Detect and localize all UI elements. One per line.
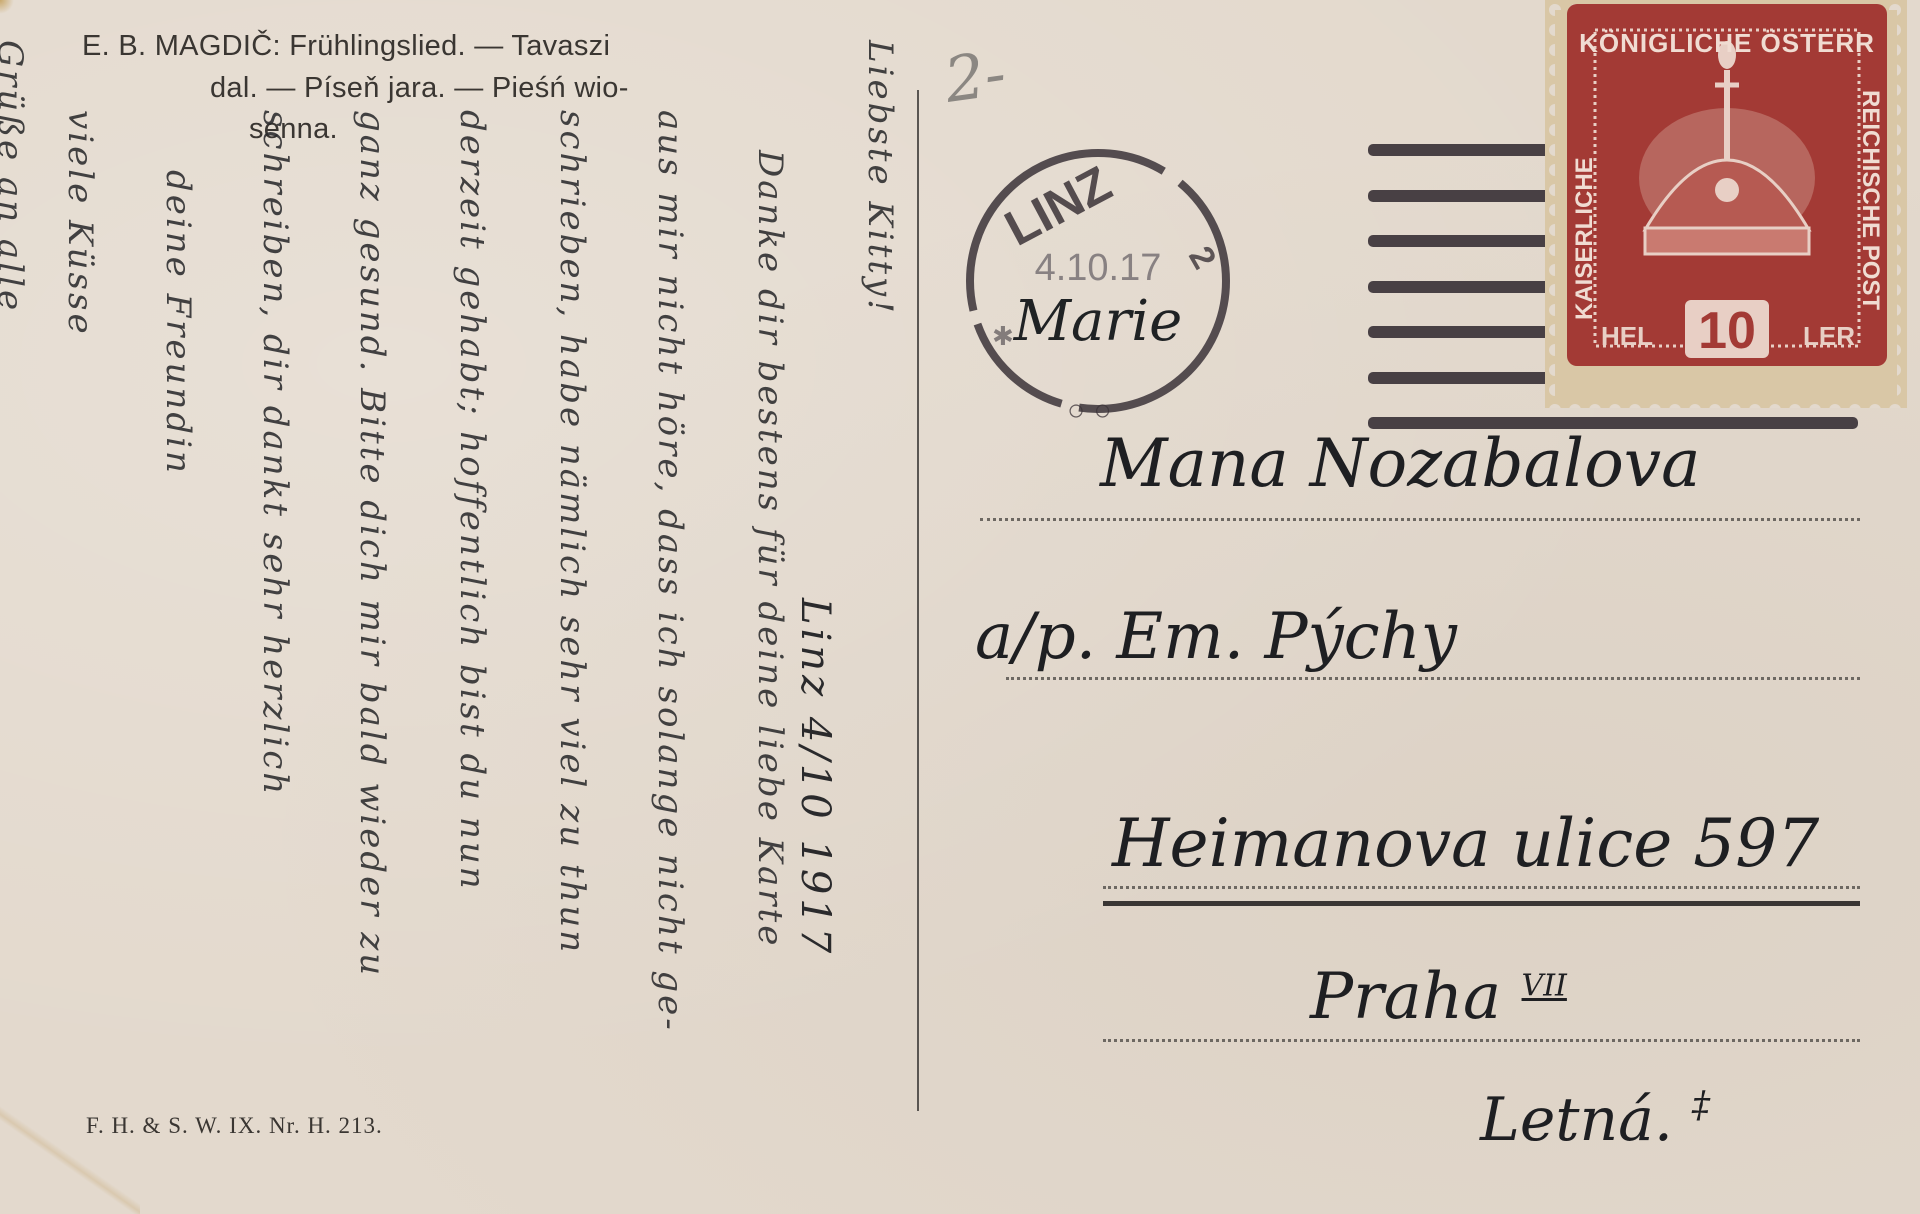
postmark-ring-icon: LINZ 2 4.10.17 ✱ ○ ○ Marie xyxy=(952,135,1244,427)
svg-text:○ ○: ○ ○ xyxy=(1067,394,1112,427)
postage-stamp: 10 HEL LER KÖNIGLICHE ÖSTERR KAISERLICHE… xyxy=(1545,0,1907,408)
svg-text:KAISERLICHE: KAISERLICHE xyxy=(1571,157,1598,320)
message-column: derzeit gehabt; hoffentlich bist du nun xyxy=(446,110,492,892)
address-line-3-rule xyxy=(1103,886,1860,889)
pencil-note: 2- xyxy=(940,36,1010,117)
divider-line xyxy=(917,90,919,1111)
postcard: E. B. MAGDIČ: Frühlingslied. — Tavaszi d… xyxy=(0,0,1920,1214)
svg-text:✱: ✱ xyxy=(992,322,1014,352)
district-name: Letná. xyxy=(1480,1085,1673,1155)
crown-icon: 10 HEL LER KÖNIGLICHE ÖSTERR KAISERLICHE… xyxy=(1545,0,1907,408)
title-line-1: E. B. MAGDIČ: Frühlingslied. — Tavaszi xyxy=(82,28,610,65)
svg-text:KÖNIGLICHE ÖSTERR: KÖNIGLICHE ÖSTERR xyxy=(1579,28,1875,58)
address-line-2-rule xyxy=(1006,677,1860,680)
svg-text:2: 2 xyxy=(1181,240,1223,275)
svg-text:Marie: Marie xyxy=(1013,289,1183,354)
address-line-1-rule xyxy=(980,518,1860,521)
svg-text:LER: LER xyxy=(1803,321,1855,351)
city-name: Praha xyxy=(1310,960,1501,1034)
svg-text:REICHISCHE POST: REICHISCHE POST xyxy=(1857,90,1884,310)
address-line-4-rule xyxy=(1103,1039,1860,1042)
message-column: ganz gesund. Bitte dich mir bald wieder … xyxy=(346,110,392,978)
message-column: Grüße an alle xyxy=(0,40,30,313)
mark: ‡ xyxy=(1692,1085,1710,1126)
message-column: aus mir nicht höre, dass ich solange nic… xyxy=(644,110,690,1033)
svg-text:HEL: HEL xyxy=(1601,321,1653,351)
message-column: schrieben, habe nämlich sehr viel zu thu… xyxy=(546,110,592,955)
address-solid-rule xyxy=(1103,901,1860,906)
svg-text:10: 10 xyxy=(1698,302,1756,360)
street-line: Heimanova ulice 597 xyxy=(1112,805,1819,882)
district-name-line: Letná. ‡ xyxy=(1480,1085,1710,1155)
care-of-line: a/p. Em. Pýchy xyxy=(975,600,1457,674)
message-column: deine Freundin xyxy=(152,170,198,476)
recipient-name: Mana Nozabalova xyxy=(1100,425,1700,502)
message-column: Liebste Kitty! xyxy=(854,40,900,316)
message-column: Danke dir bestens für deine liebe Karte xyxy=(744,150,790,948)
svg-text:4.10.17: 4.10.17 xyxy=(1035,247,1162,289)
district-number: VII xyxy=(1522,969,1567,1004)
city-line: Praha VII xyxy=(1310,960,1567,1034)
message-column: viele Küsse xyxy=(54,110,100,337)
message-column: schreiben, dir dankt sehr herzlich xyxy=(249,110,295,797)
paper-stain xyxy=(0,0,14,14)
publisher-imprint: F. H. & S. W. IX. Nr. H. 213. xyxy=(86,1113,383,1139)
title-line-2: dal. — Píseň jara. — Pieśń wio- xyxy=(210,70,629,107)
svg-text:LINZ: LINZ xyxy=(996,155,1120,257)
postmark: LINZ 2 4.10.17 ✱ ○ ○ Marie xyxy=(952,135,1244,427)
place-date: Linz 4/10 1917 xyxy=(792,598,838,957)
